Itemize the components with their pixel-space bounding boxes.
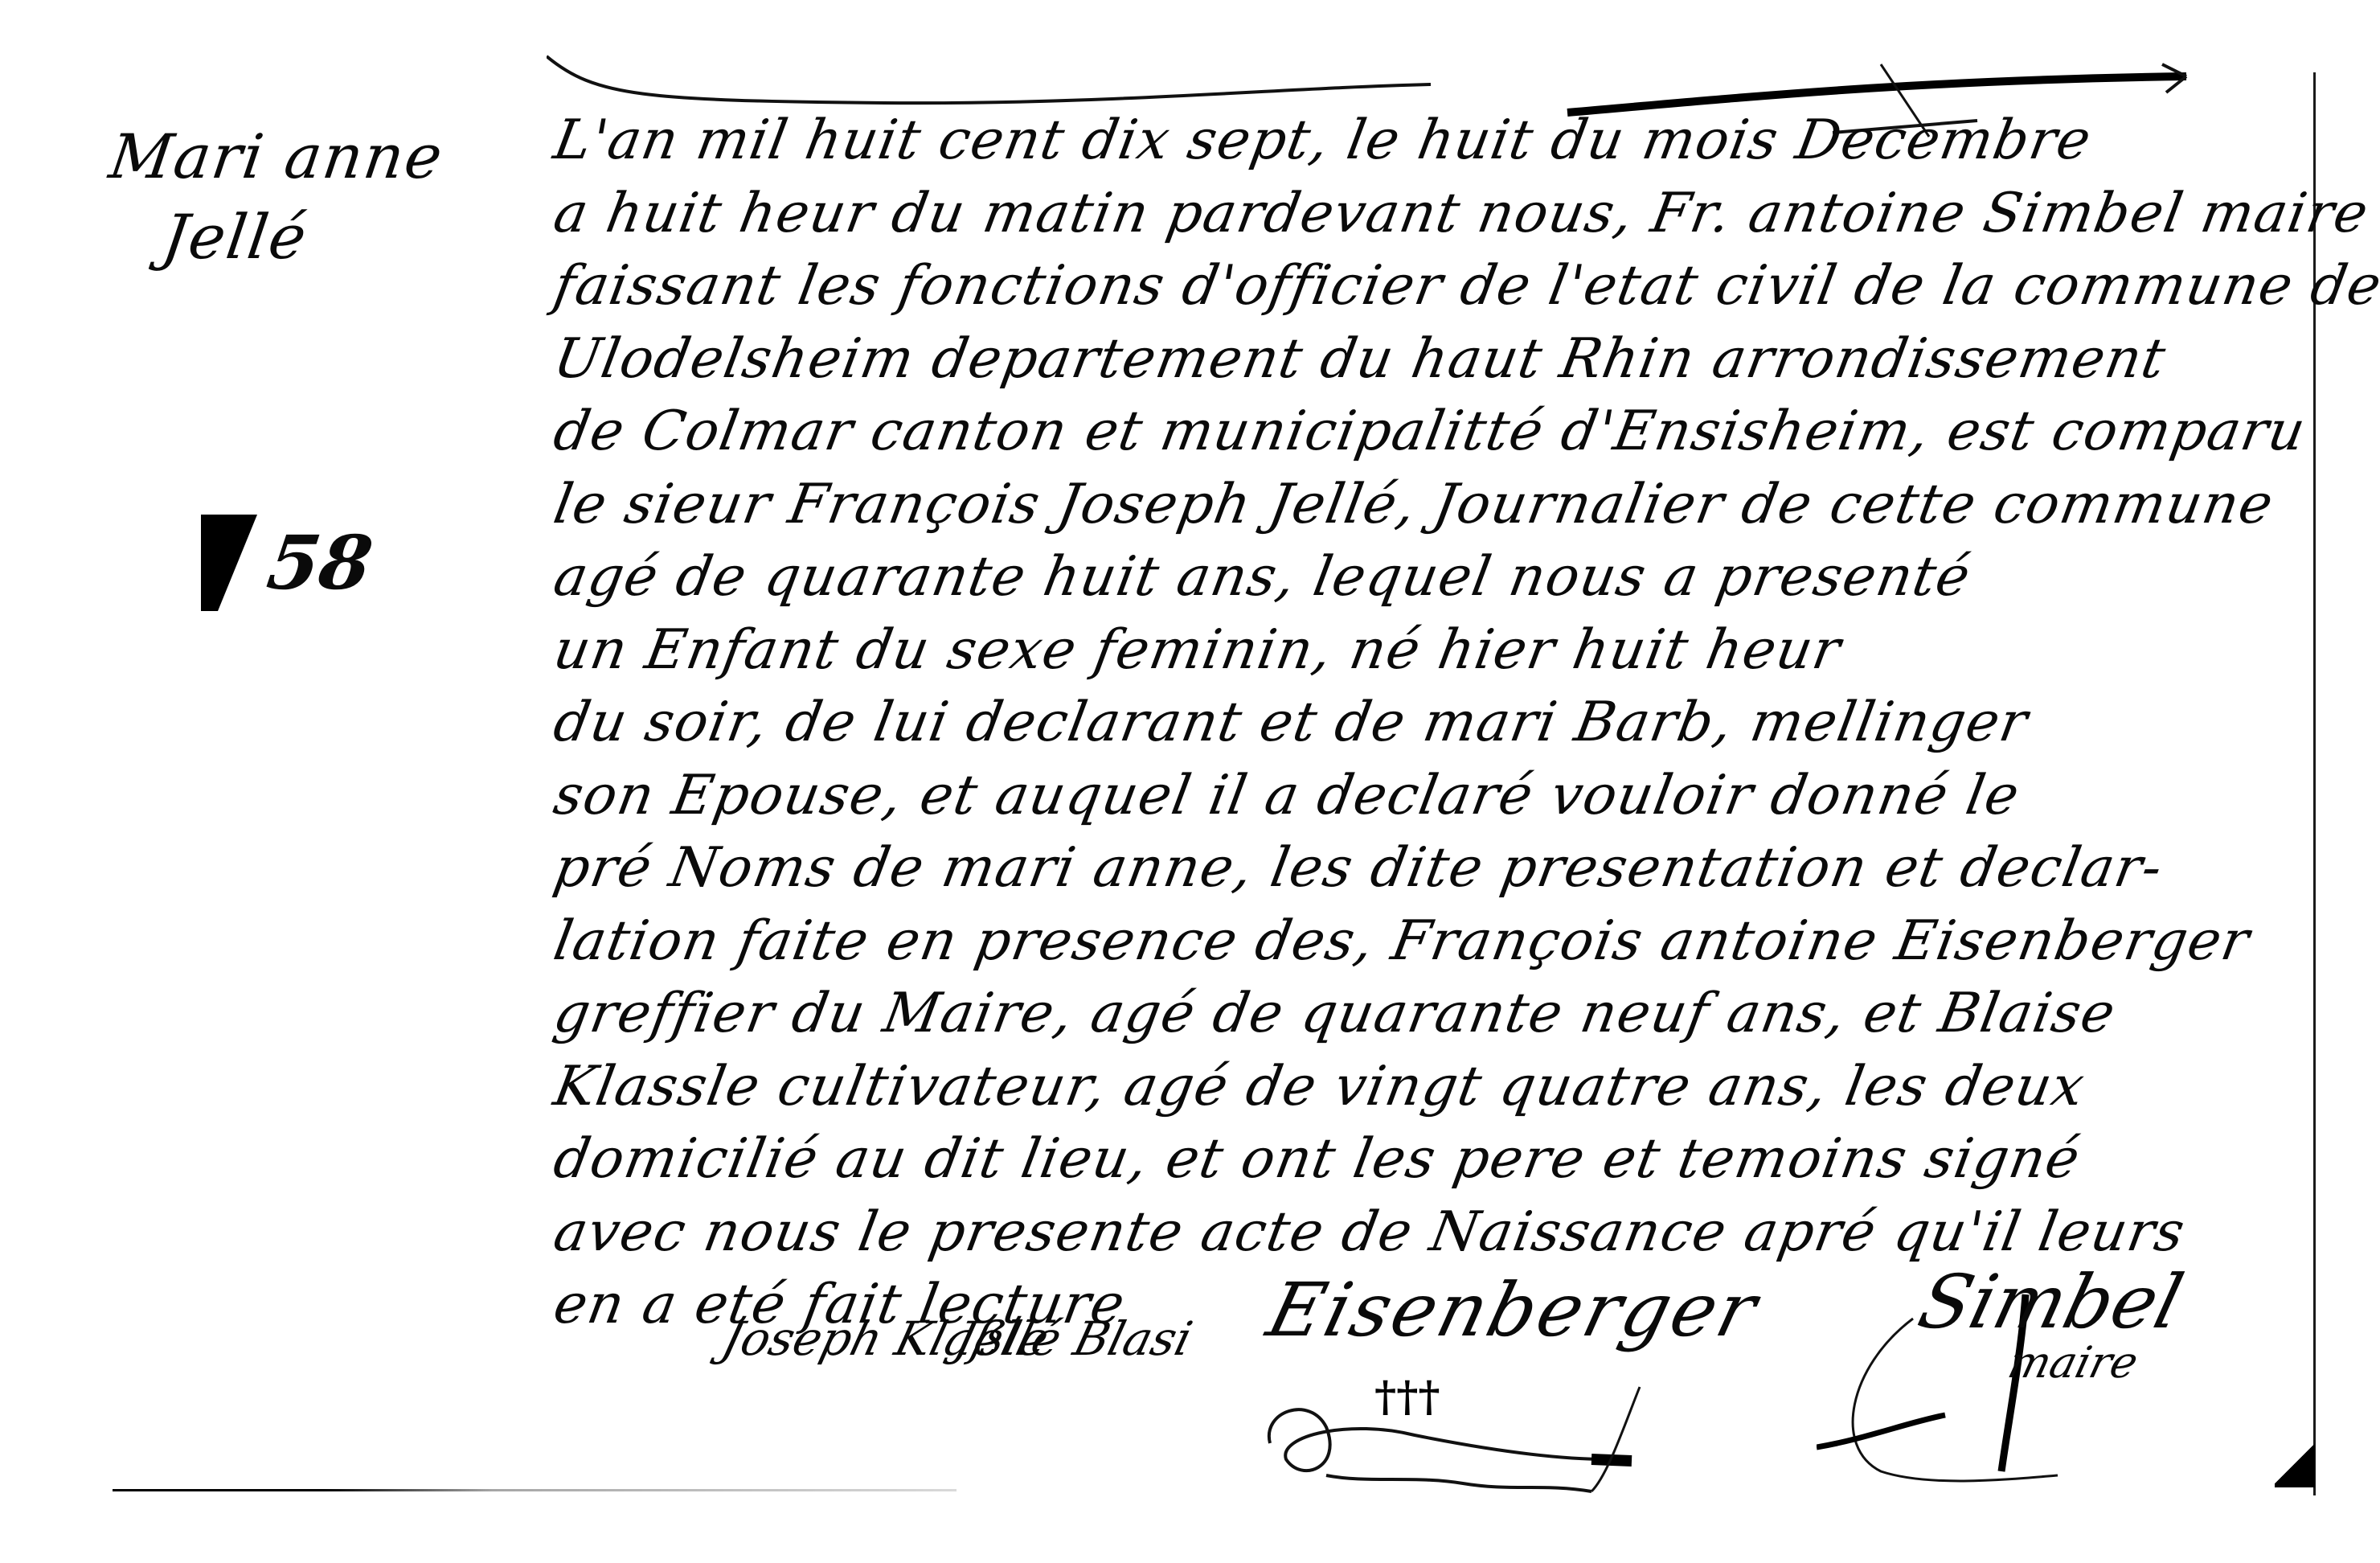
record-line: Ulodelsheim departement du haut Rhin arr… — [548, 323, 2329, 396]
clerk-paraph-flourish: ††† — [1254, 1363, 1672, 1499]
record-marker-icon — [201, 515, 257, 611]
clerk-mark: ††† — [1374, 1372, 1440, 1421]
record-line: faissant les fonctions d'officier de l'e… — [548, 250, 2329, 323]
clerk-signature: Eisenberger — [1260, 1270, 1767, 1351]
record-line: greffier du Maire, agé de quarante neuf … — [548, 978, 2329, 1051]
document-page: Mari anne Jellé 58 L'an mil huit cent di… — [0, 0, 2380, 1563]
margin-child-name: Mari anne Jellé — [93, 117, 534, 277]
record-line: lation faite en presence des, François a… — [548, 905, 2329, 978]
record-line: domicilié au dit lieu, et ont les pere e… — [548, 1123, 2329, 1196]
mayor-title: maire — [2004, 1339, 2143, 1387]
record-line: son Epouse, et auquel il a declaré voulo… — [548, 760, 2329, 833]
corner-mark — [2275, 1439, 2315, 1487]
record-line: a huit heur du matin pardevant nous, Fr.… — [548, 178, 2329, 251]
margin-record-number: 58 — [201, 507, 371, 619]
record-line: Klassle cultivateur, agé de vingt quatre… — [548, 1051, 2329, 1124]
record-number: 58 — [262, 519, 377, 606]
margin-surname: Jellé — [93, 197, 522, 277]
record-line: le sieur François Joseph Jellé, Journali… — [548, 469, 2329, 542]
margin-given-name: Mari anne — [104, 117, 534, 197]
record-body: L'an mil huit cent dix sept, le huit du … — [555, 105, 2323, 1342]
mayor-signature: Simbel — [1911, 1262, 2190, 1343]
record-line: L'an mil huit cent dix sept, le huit du … — [548, 105, 2329, 178]
record-line: du soir, de lui declarant et de mari Bar… — [548, 687, 2329, 760]
record-line: agé de quarante huit ans, lequel nous a … — [548, 541, 2329, 614]
record-line: pré Noms de mari anne, les dite presenta… — [548, 832, 2329, 905]
witness-signature-2: Jellé Blasi — [949, 1311, 1198, 1367]
signatures-block: Joseph Klaßle Jellé Blasi Eisenberger ††… — [691, 1254, 2267, 1495]
record-line: de Colmar canton et municipalitté d'Ensi… — [548, 396, 2329, 469]
record-line: un Enfant du sexe feminin, né hier huit … — [548, 614, 2329, 687]
